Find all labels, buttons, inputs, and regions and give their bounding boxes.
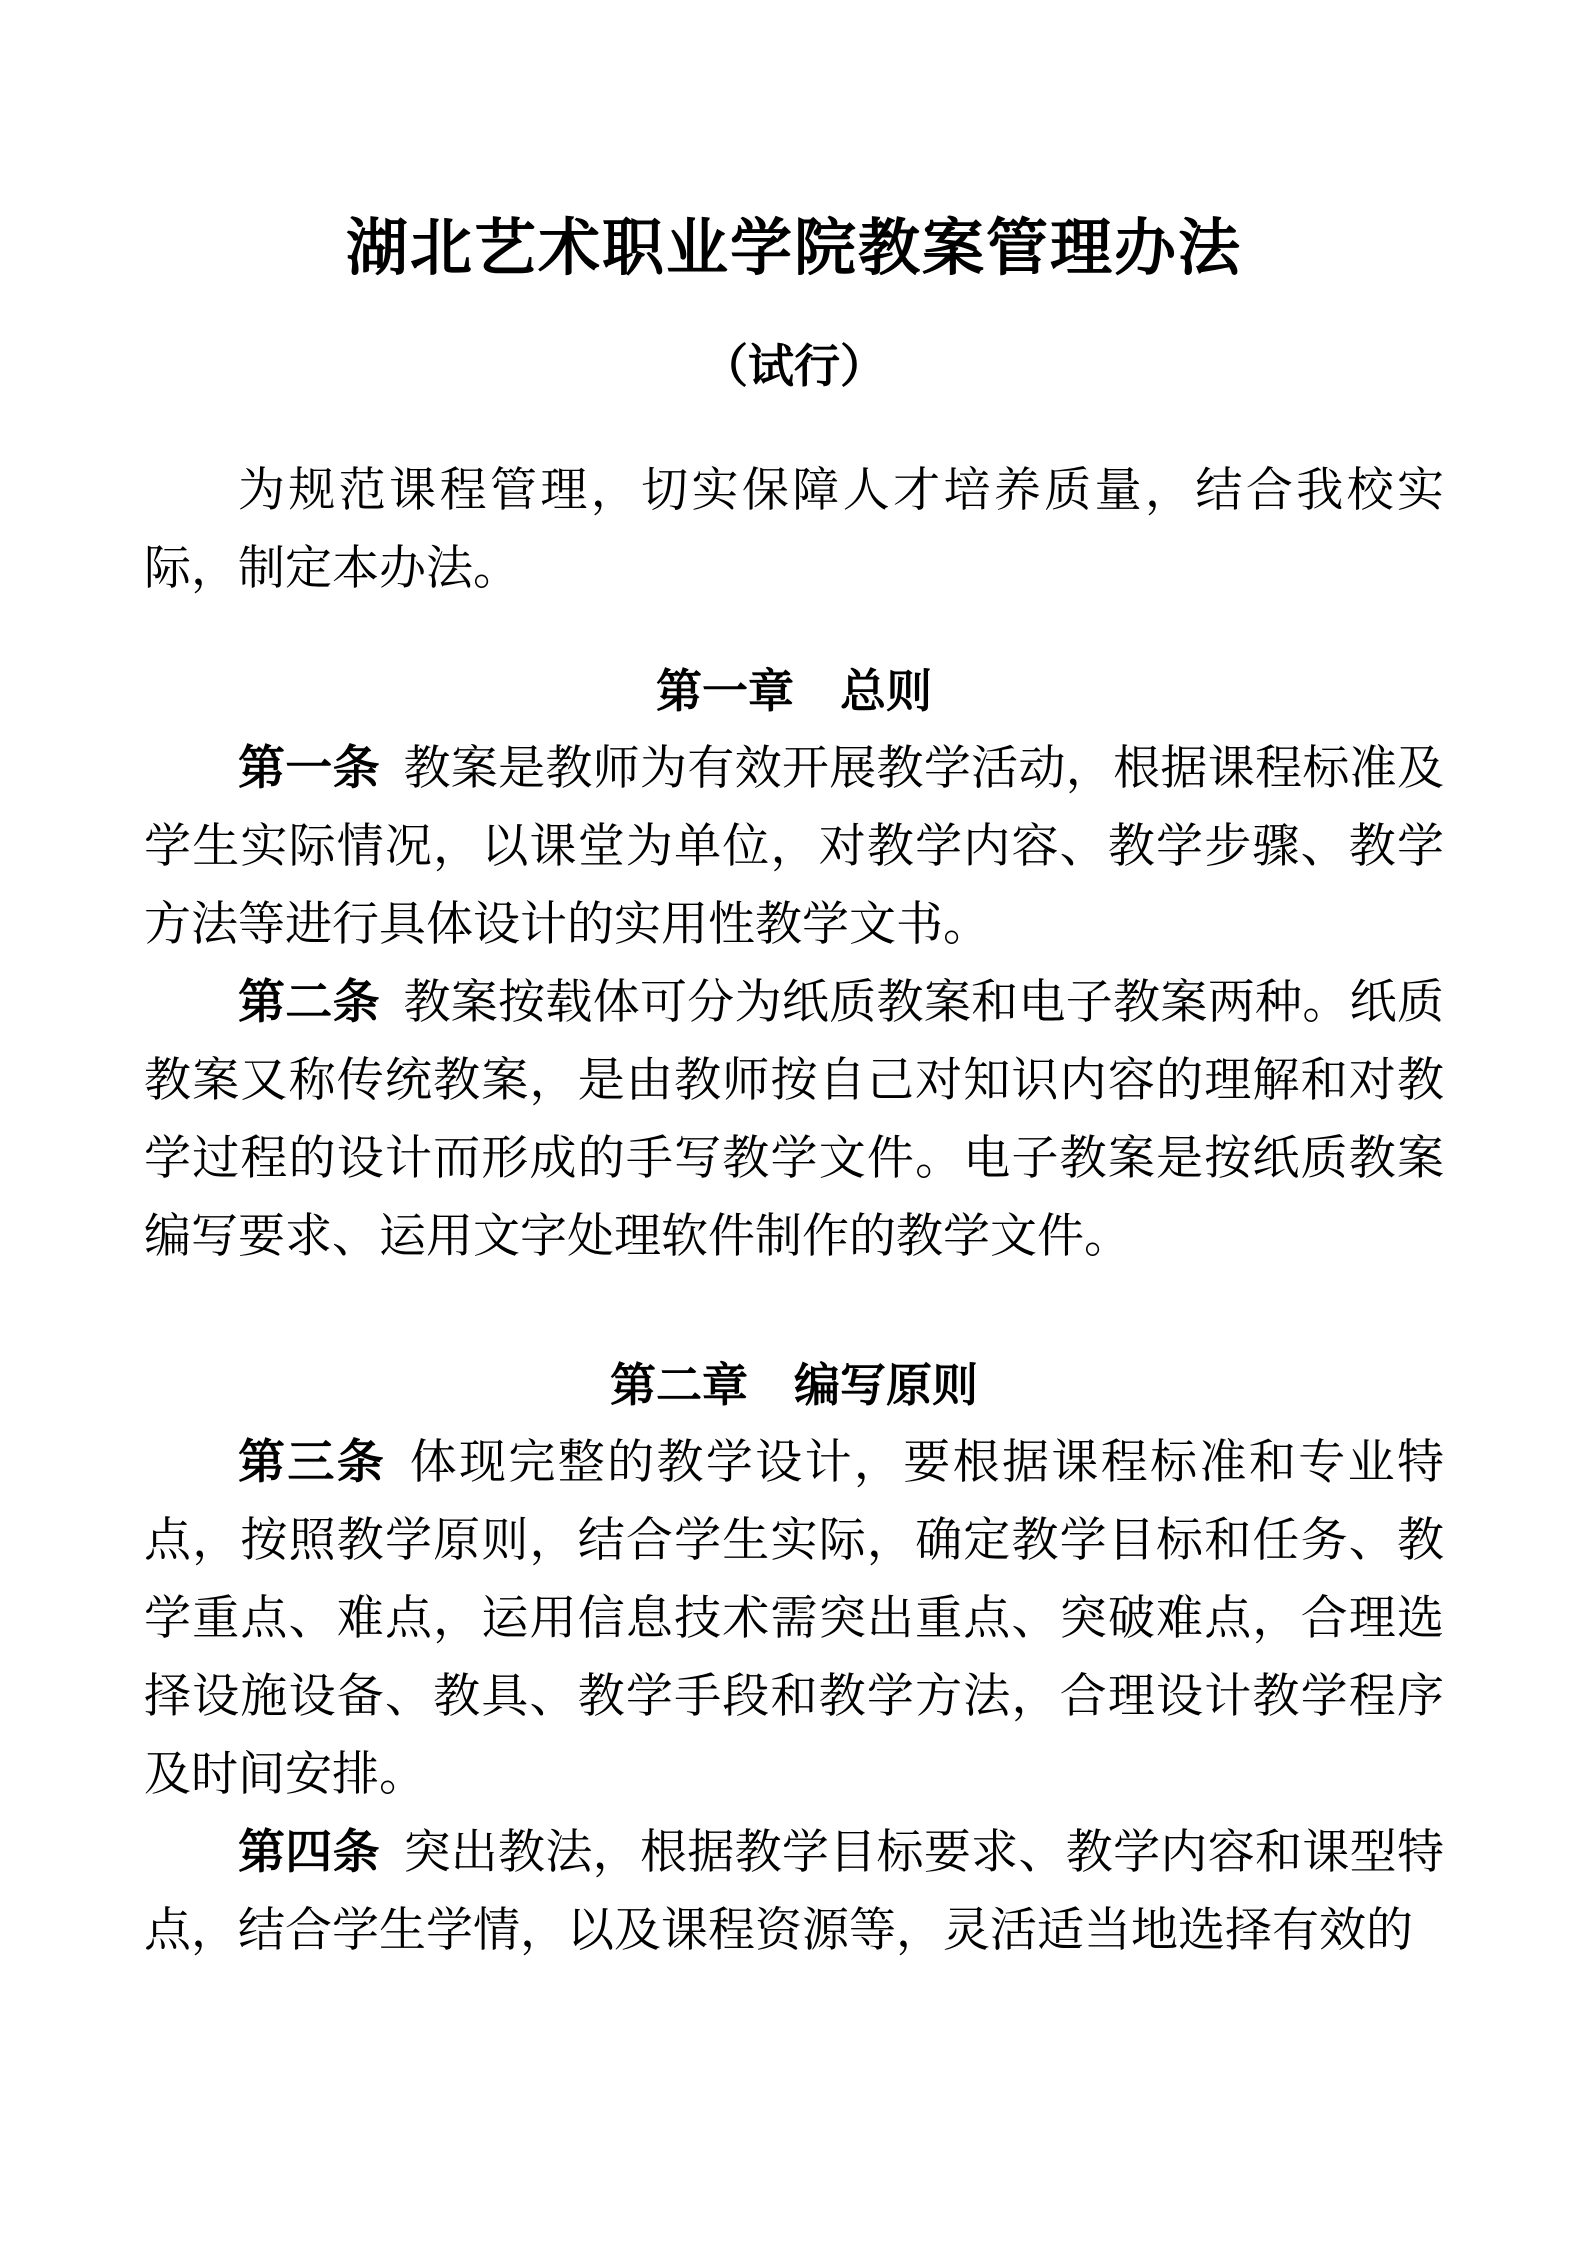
- chapter-2-heading: 第二章 编写原则: [144, 1346, 1444, 1424]
- intro-paragraph: 为规范课程管理，切实保障人才培养质量，结合我校实际，制定本办法。: [144, 452, 1444, 608]
- article-3-text: 体现完整的教学设计，要根据课程标准和专业特点，按照教学原则，结合学生实际，确定教…: [144, 1437, 1444, 1801]
- article-2-paragraph: 第二条教案按载体可分为纸质教案和电子教案两种。纸质教案又称传统教案，是由教师按自…: [144, 964, 1444, 1276]
- document-subtitle: （试行）: [144, 340, 1444, 394]
- document-title: 湖北艺术职业学院教案管理办法: [144, 212, 1444, 286]
- article-3-paragraph: 第三条体现完整的教学设计，要根据课程标准和专业特点，按照教学原则，结合学生实际，…: [144, 1424, 1444, 1814]
- chapter-1-heading: 第一章 总则: [144, 652, 1444, 730]
- document-page: 湖北艺术职业学院教案管理办法 （试行） 为规范课程管理，切实保障人才培养质量，结…: [0, 0, 1587, 2245]
- article-4-label: 第四条: [238, 1827, 380, 1879]
- article-3-label: 第三条: [238, 1437, 386, 1489]
- article-4-paragraph: 第四条突出教法，根据教学目标要求、教学内容和课型特点，结合学生学情，以及课程资源…: [144, 1814, 1444, 1970]
- article-2-label: 第二条: [238, 977, 380, 1029]
- article-1-paragraph: 第一条教案是教师为有效开展教学活动，根据课程标准及学生实际情况，以课堂为单位，对…: [144, 730, 1444, 964]
- article-1-label: 第一条: [238, 743, 380, 795]
